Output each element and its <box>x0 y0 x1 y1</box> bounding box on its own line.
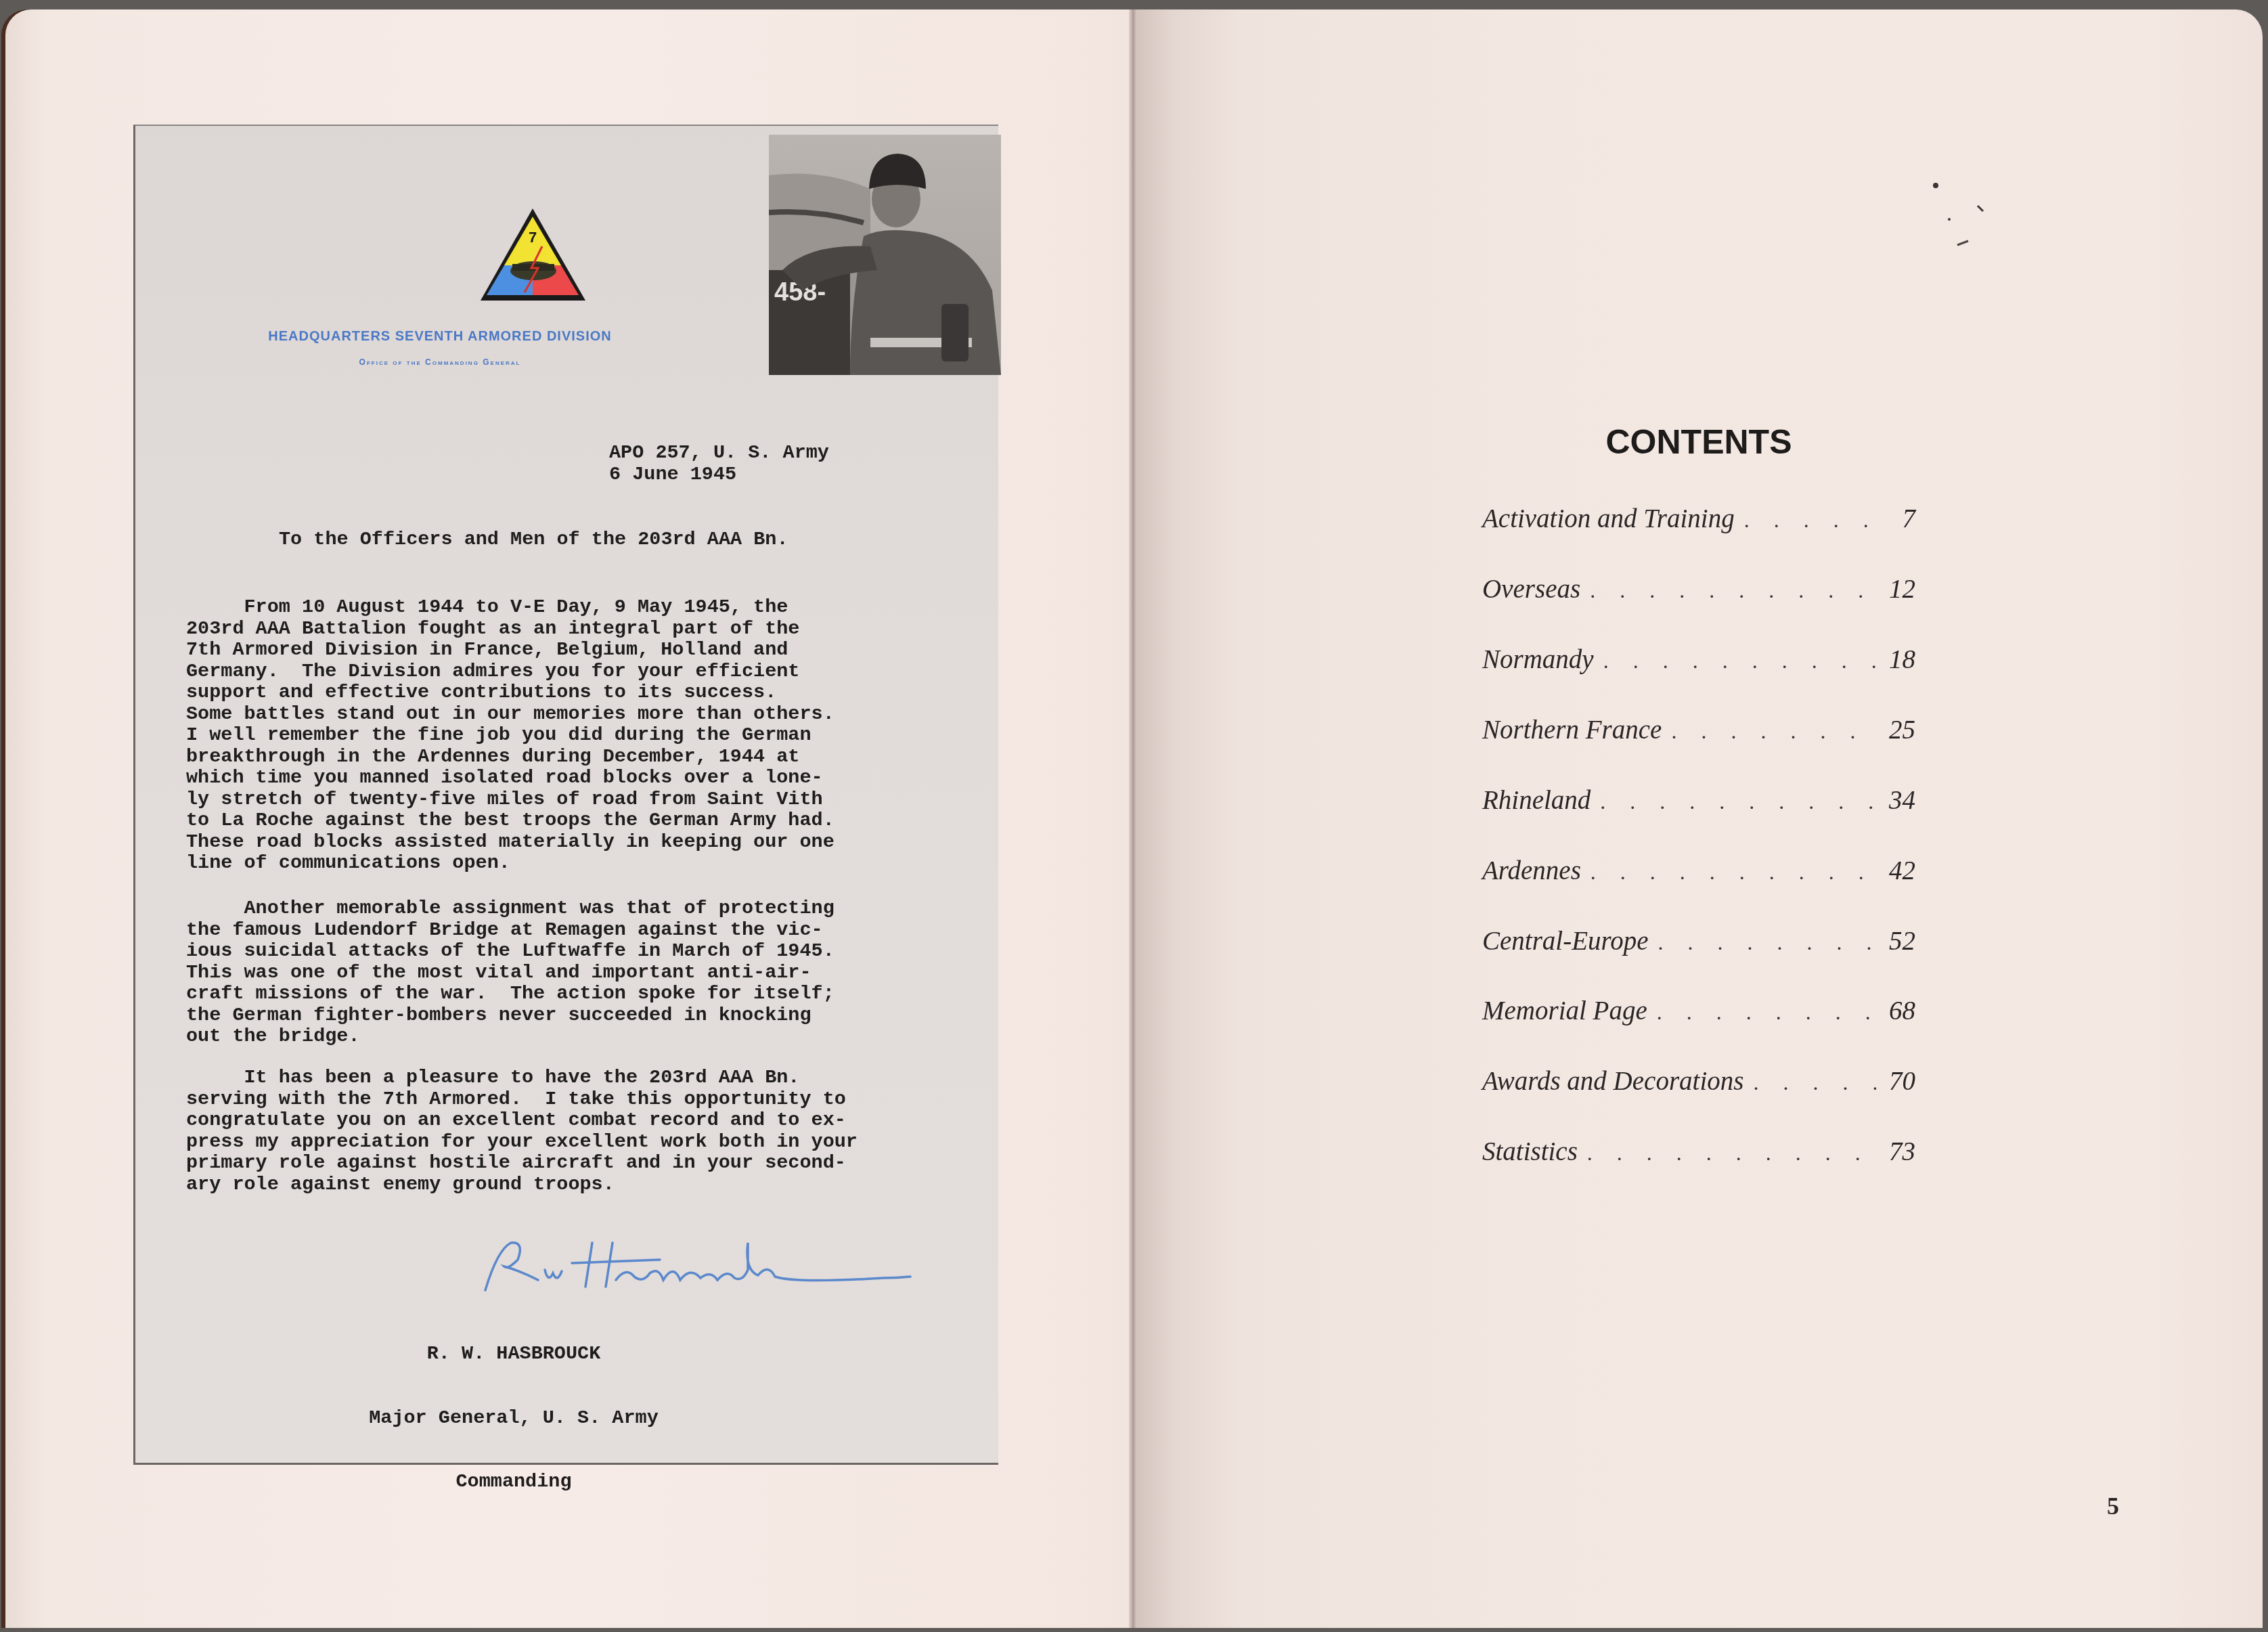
toc-leader-dots: . . . . . . . . . . . . . . . . . . <box>1600 789 1876 814</box>
toc-entry-page: 12 <box>1883 574 1915 604</box>
paper-specks <box>1909 158 1990 246</box>
toc-entry-page: 18 <box>1883 644 1915 675</box>
toc-entry-page: 7 <box>1883 504 1915 534</box>
toc-leader-dots: . . . . . . . . . . . . . . . . . . <box>1603 648 1876 674</box>
letter-date: 6 June 1945 <box>609 464 829 485</box>
toc-entry[interactable]: Memorial Page. . . . . . . . . . . . . .… <box>1482 996 1915 1036</box>
armored-division-insignia-icon: 7 <box>477 206 589 304</box>
letter-header-block: APO 257, U. S. Army6 June 1945 <box>609 442 829 485</box>
toc-entry-label: Central-Europe <box>1482 926 1649 956</box>
toc-entry[interactable]: Overseas. . . . . . . . . . . . . . . . … <box>1482 574 1915 615</box>
toc-entry-page: 70 <box>1883 1066 1915 1097</box>
toc-entry-label: Rhineland <box>1482 785 1591 816</box>
book-spine <box>1129 9 1136 1628</box>
letter-salutation: To the Officers and Men of the 203rd AAA… <box>279 529 788 550</box>
toc-entry-page: 25 <box>1883 715 1915 745</box>
page-number: 5 <box>2107 1492 2119 1520</box>
toc-entry[interactable]: Activation and Training. . . . . . . . .… <box>1482 504 1915 544</box>
toc-entry-page: 68 <box>1883 996 1915 1026</box>
toc-leader-dots: . . . . . . . . . . . . . . . . . . <box>1744 508 1876 533</box>
toc-entry-page: 52 <box>1883 926 1915 956</box>
toc-entry-label: Northern France <box>1482 715 1662 745</box>
toc-entry[interactable]: Awards and Decorations. . . . . . . . . … <box>1482 1066 1915 1107</box>
toc-entry-label: Activation and Training <box>1482 504 1735 534</box>
toc-leader-dots: . . . . . . . . . . . . . . . . . . <box>1753 1070 1876 1095</box>
toc-leader-dots: . . . . . . . . . . . . . . . . . . <box>1590 578 1876 603</box>
letter-paragraph: It has been a pleasure to have the 203rd… <box>186 1067 858 1195</box>
handwritten-signature-icon <box>477 1222 917 1297</box>
letterhead-office: Office of the Commanding General <box>135 357 744 367</box>
toc-entry-page: 42 <box>1883 856 1915 886</box>
toc-entry-label: Statistics <box>1482 1137 1578 1167</box>
toc-leader-dots: . . . . . . . . . . . . . . . . . . <box>1587 1141 1876 1166</box>
contents-heading: CONTENTS <box>1530 422 1868 462</box>
insignia-number: 7 <box>529 229 537 246</box>
letter-address: APO 257, U. S. Army <box>609 442 829 464</box>
toc-entry[interactable]: Statistics. . . . . . . . . . . . . . . … <box>1482 1137 1915 1177</box>
toc-entry-label: Memorial Page <box>1482 996 1647 1026</box>
letter-paragraph: From 10 August 1944 to V-E Day, 9 May 19… <box>186 596 835 874</box>
toc-leader-dots: . . . . . . . . . . . . . . . . . . <box>1591 860 1876 885</box>
signatory-role: Commanding <box>81 1471 946 1493</box>
toc-entry[interactable]: Ardennes. . . . . . . . . . . . . . . . … <box>1482 856 1915 896</box>
toc-leader-dots: . . . . . . . . . . . . . . . . . . <box>1658 930 1876 955</box>
toc-entry-label: Normandy <box>1482 644 1594 675</box>
toc-entry[interactable]: Northern France. . . . . . . . . . . . .… <box>1482 715 1915 755</box>
letterhead-organization: HEADQUARTERS SEVENTH ARMORED DIVISION <box>135 329 744 345</box>
letter-paragraph: Another memorable assignment was that of… <box>186 898 835 1047</box>
commendation-letter: 7 HEADQUARTERS SEVENTH ARMORED DIVISION … <box>133 125 998 1465</box>
toc-entry-page: 73 <box>1883 1137 1915 1167</box>
book-spread: 7 HEADQUARTERS SEVENTH ARMORED DIVISION … <box>0 9 2268 1628</box>
toc-entry-page: 34 <box>1883 785 1915 816</box>
toc-leader-dots: . . . . . . . . . . . . . . . . . . <box>1671 719 1876 744</box>
toc-entry-label: Awards and Decorations <box>1482 1066 1743 1097</box>
toc-entry[interactable]: Normandy. . . . . . . . . . . . . . . . … <box>1482 644 1915 685</box>
general-portrait-photo: 458- <box>769 135 1001 375</box>
toc-leader-dots: . . . . . . . . . . . . . . . . . . <box>1657 1000 1876 1025</box>
toc-entry[interactable]: Central-Europe. . . . . . . . . . . . . … <box>1482 926 1915 967</box>
toc-entry[interactable]: Rhineland. . . . . . . . . . . . . . . .… <box>1482 785 1915 826</box>
toc-entry-label: Overseas <box>1482 574 1580 604</box>
signature-block: R. W. HASBROUCK Major General, U. S. Arm… <box>81 1300 946 1535</box>
signatory-name: R. W. HASBROUCK <box>81 1343 946 1365</box>
soldier-photo-icon: 458- <box>769 135 1001 375</box>
toc-entry-label: Ardennes <box>1482 856 1581 886</box>
signatory-rank: Major General, U. S. Army <box>81 1407 946 1429</box>
